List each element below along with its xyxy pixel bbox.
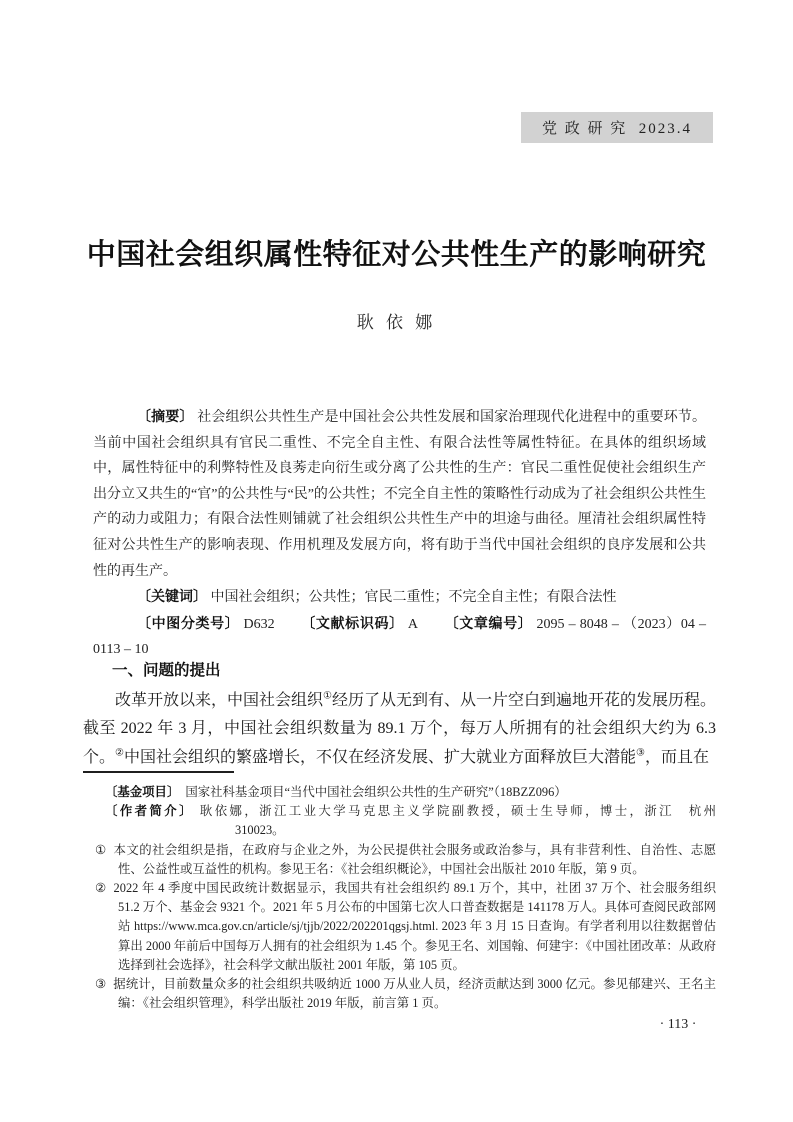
footnote-item-2: ②2022 年 4 季度中国民政统计数据显示，我国共有社会组织约 89.1 万个… [83,879,716,975]
fund-project-entry: 〔基金项目〕国家社科基金项目“当代中国社会组织公共性的生产研究”（18BZZ09… [83,783,716,802]
clc-value: D632 [244,617,275,632]
fund-project-label: 〔基金项目〕 [105,785,179,799]
author-bio-postcode: 310023。 [235,821,716,840]
abstract-text: 社会组织公共性生产是中国社会公共性发展和国家治理现代化进程中的重要环节。当前中国… [93,410,706,579]
footnote-divider [83,771,234,773]
footnote-marker-3: ③ [95,977,106,991]
section-heading: 一、问题的提出 [112,658,221,680]
footnote-ref-2: ② [115,747,124,758]
body-text-4: ，而且在 [645,749,709,766]
doc-code-label: 〔文献标识码〕 [301,615,404,631]
body-text-3: 中国社会组织的繁盛增长，不仅在经济发展、扩大就业方面释放巨大潜能 [124,749,636,766]
body-paragraph: 改革开放以来，中国社会组织①经历了从无到有、从一片空白到遍地开花的发展历程。截至… [83,687,716,772]
author-bio-text: 耿依娜，浙江工业大学马克思主义学院副教授，硕士生导师，博士，浙江 杭州 [200,804,716,818]
keywords-label: 〔关键词〕 [137,588,207,604]
footnote-ref-3: ③ [636,747,645,758]
keywords-text: 中国社会组织；公共性；官民二重性；不完全自主性；有限合法性 [211,590,617,605]
fund-project-text: 国家社科基金项目“当代中国社会组织公共性的生产研究”（18BZZ096） [185,785,566,799]
clc-label: 〔中图分类号〕 [137,615,239,631]
document-page: 党 政 研 究 2023.4 中国社会组织属性特征对公共性生产的影响研究 耿 依… [0,0,793,1122]
article-title: 中国社会组织属性特征对公共性生产的影响研究 [0,232,793,273]
keywords-line: 〔关键词〕 中国社会组织；公共性；官民二重性；不完全自主性；有限合法性 [93,584,706,611]
footnote-item-3: ③据统计，目前数量众多的社会组织共吸纳近 1000 万从业人员，经济贡献达到 3… [83,975,716,1013]
body-text-1: 改革开放以来，中国社会组织 [115,692,323,709]
journal-header-text: 党 政 研 究 2023.4 [542,117,692,138]
footnote-item-1: ①本文的社会组织是指，在政府与企业之外，为公民提供社会服务或政治参与，具有非营利… [83,841,716,879]
footnote-text-2: 2022 年 4 季度中国民政统计数据显示，我国共有社会组织约 89.1 万个，… [114,881,716,972]
footnotes-section: 〔基金项目〕国家社科基金项目“当代中国社会组织公共性的生产研究”（18BZZ09… [83,783,716,1013]
footnote-marker-2: ② [95,881,107,895]
classification-line: 〔中图分类号〕 D632〔文献标识码〕 A〔文章编号〕 2095 – 8048 … [93,611,706,663]
abstract-block: 〔摘要〕 社会组织公共性生产是中国社会公共性发展和国家治理现代化进程中的重要环节… [93,404,706,663]
author-name: 耿 依 娜 [0,308,793,333]
footnote-marker-1: ① [95,843,107,857]
abstract-paragraph: 〔摘要〕 社会组织公共性生产是中国社会公共性发展和国家治理现代化进程中的重要环节… [93,404,706,584]
footnote-ref-1: ① [323,691,332,702]
footnote-text-1: 本文的社会组织是指，在政府与企业之外，为公民提供社会服务或政治参与，具有非营利性… [114,843,716,876]
abstract-label: 〔摘要〕 [137,408,194,424]
article-id-label: 〔文章编号〕 [444,615,532,631]
doc-code-value: A [408,617,418,632]
page-number: · 113 · [630,1017,726,1033]
footnote-text-3: 据统计，目前数量众多的社会组织共吸纳近 1000 万从业人员，经济贡献达到 30… [113,977,716,1010]
author-bio-label: 〔作者简介〕 [105,804,194,818]
journal-header-box: 党 政 研 究 2023.4 [521,112,713,143]
author-bio-entry: 〔作者简介〕耿依娜，浙江工业大学马克思主义学院副教授，硕士生导师，博士，浙江 杭… [83,802,716,821]
